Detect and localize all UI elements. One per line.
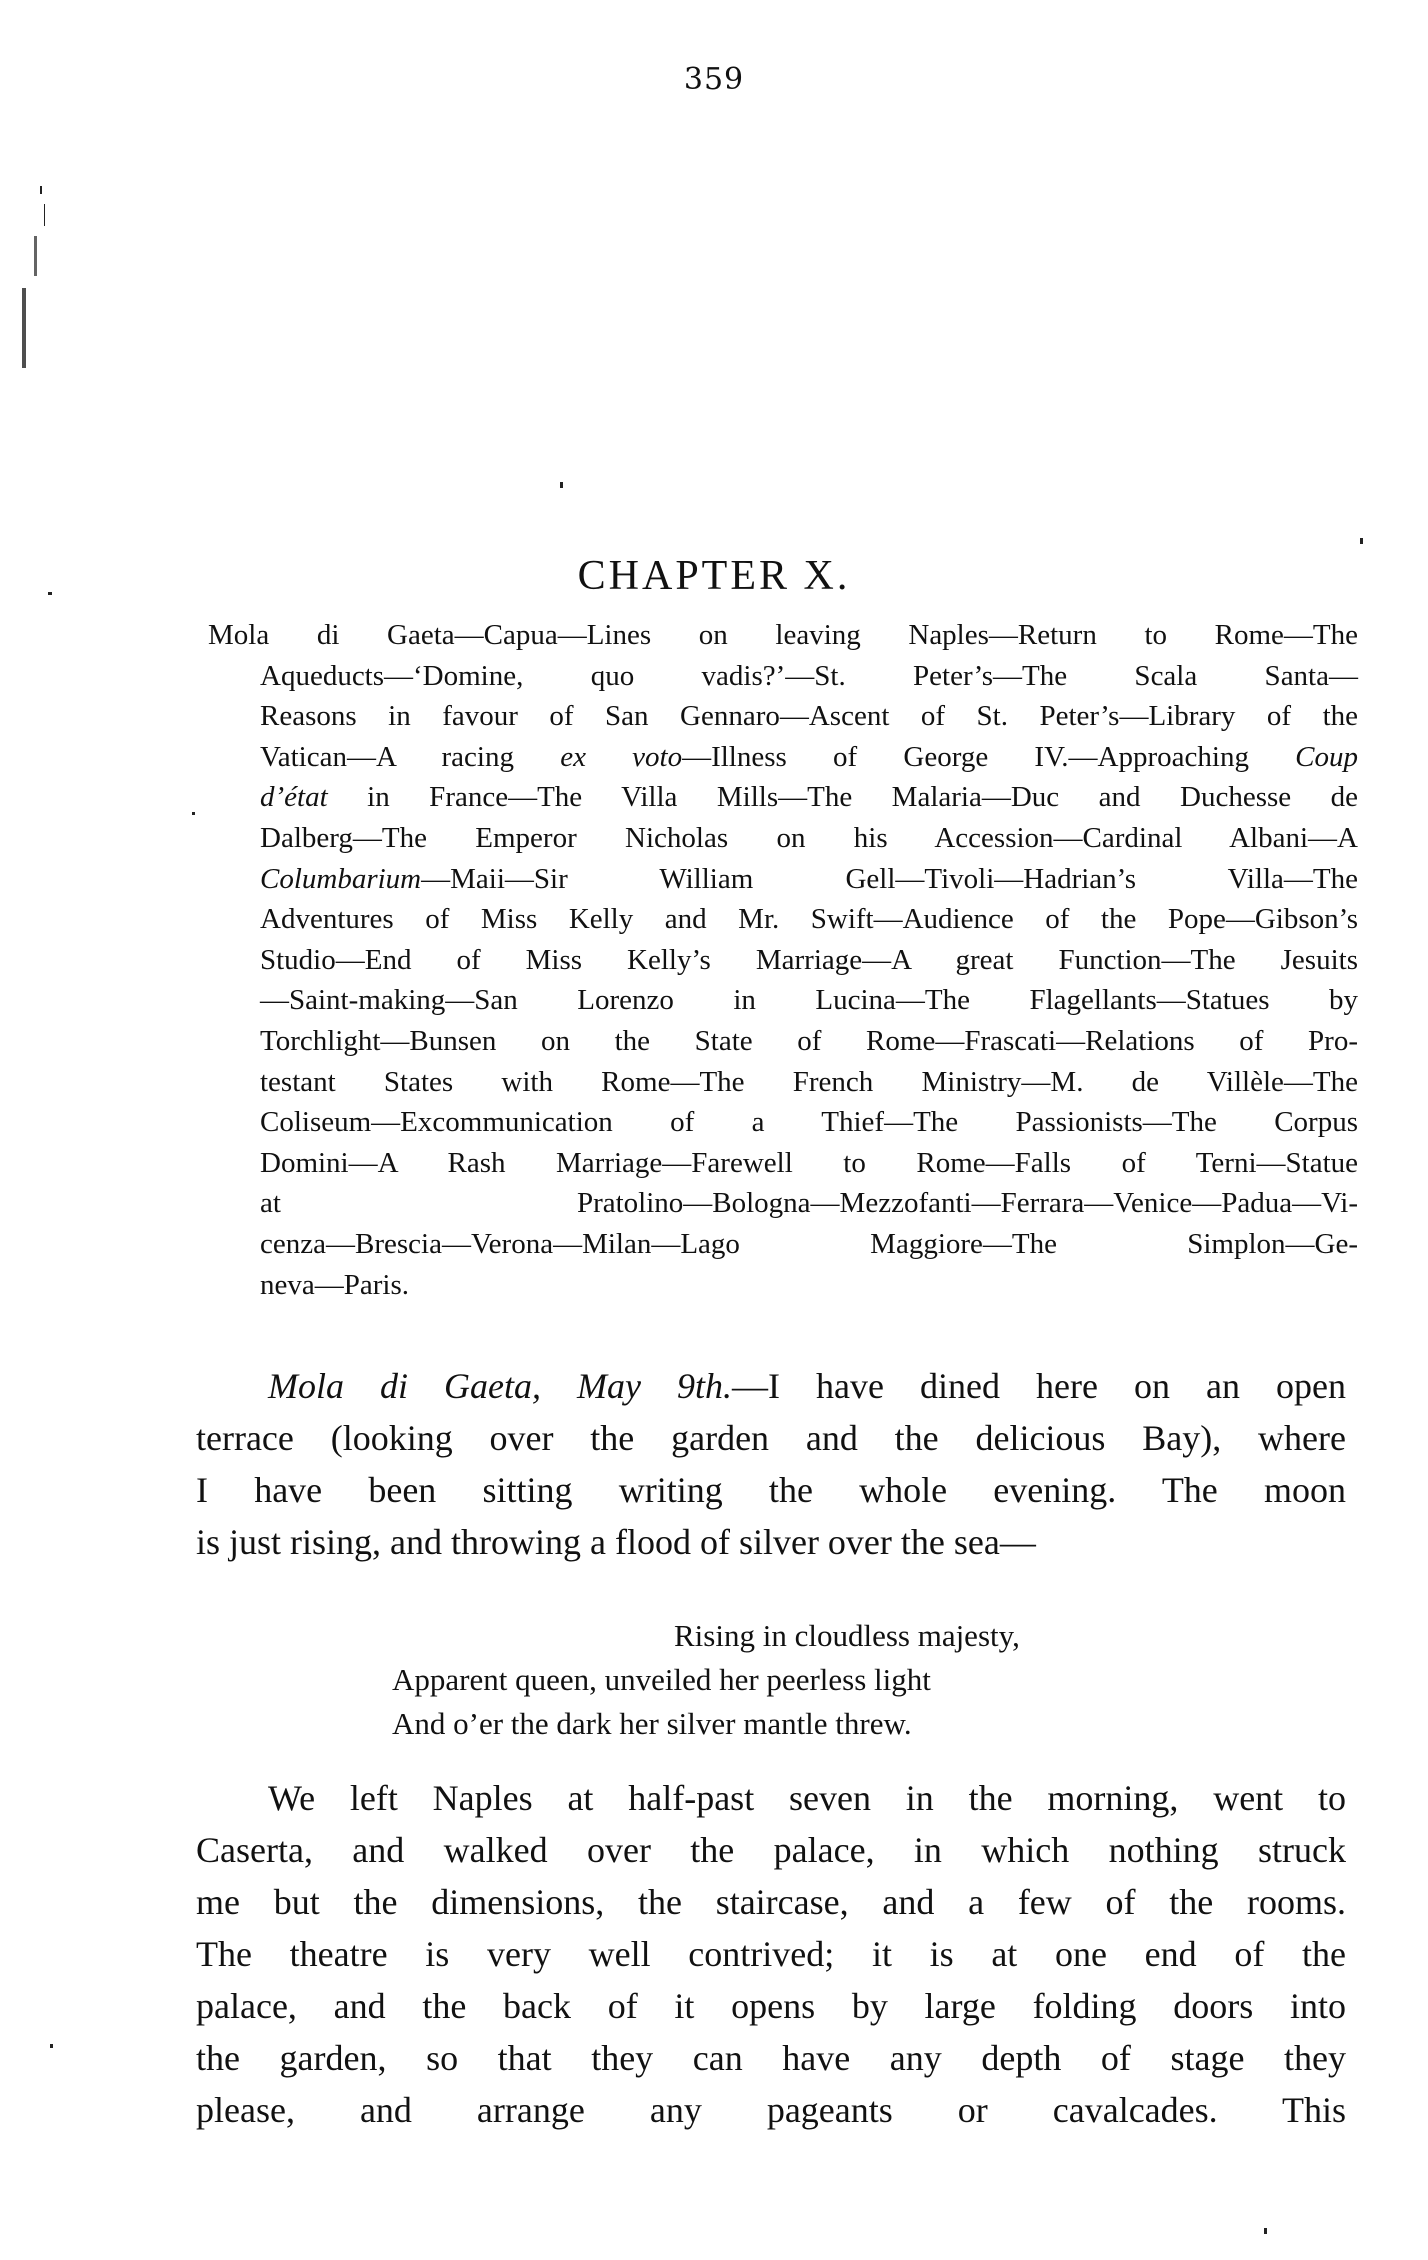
paragraph-line: Caserta, and walked over the palace, in … bbox=[196, 1824, 1346, 1876]
paragraph-line: the garden, so that they can have any de… bbox=[196, 2032, 1346, 2084]
summary-line: Domini—A Rash Marriage—Farewell to Rome—… bbox=[260, 1143, 1358, 1184]
page-number: 359 bbox=[0, 62, 1428, 97]
paragraph-2: We left Naples at half-past seven in the… bbox=[196, 1772, 1346, 2136]
paragraph-line: I have been sitting writing the whole ev… bbox=[196, 1464, 1346, 1516]
summary-line: Columbarium—Maii—Sir William Gell—Tivoli… bbox=[260, 859, 1358, 900]
summary-line: d’état in France—The Villa Mills—The Mal… bbox=[260, 777, 1358, 818]
summary-text: Vatican—A racing bbox=[260, 741, 560, 773]
paragraph-line: please, and arrange any pageants or cava… bbox=[196, 2084, 1346, 2136]
poem-line: Apparent queen, unveiled her peerless li… bbox=[392, 1658, 1192, 1702]
summary-line: Mola di Gaeta—Capua—Lines on leaving Nap… bbox=[208, 615, 1358, 656]
paragraph-line: is just rising, and throwing a flood of … bbox=[196, 1516, 1346, 1568]
summary-line: neva—Paris. bbox=[260, 1265, 1358, 1306]
paragraph-line: terrace (looking over the garden and the… bbox=[196, 1412, 1346, 1464]
summary-text: in France—The Villa Mills—The Malaria—Du… bbox=[328, 781, 1358, 813]
poem-line: And o’er the dark her silver mantle thre… bbox=[392, 1702, 1192, 1746]
summary-line: cenza—Brescia—Verona—Milan—Lago Maggiore… bbox=[260, 1224, 1358, 1265]
paragraph-line: me but the dimensions, the staircase, an… bbox=[196, 1876, 1346, 1928]
paragraph-line: The theatre is very well contrived; it i… bbox=[196, 1928, 1346, 1980]
summary-italic: d’état bbox=[260, 781, 328, 813]
summary-line: Reasons in favour of San Gennaro—Ascent … bbox=[260, 696, 1358, 737]
summary-line: Coliseum—Excommunication of a Thief—The … bbox=[260, 1102, 1358, 1143]
paragraph-text: —I have dined here on an open bbox=[732, 1366, 1346, 1406]
poem-quote: Rising in cloudless majesty, Apparent qu… bbox=[392, 1614, 1192, 1746]
summary-text: —Illness of George IV.—Approaching bbox=[682, 741, 1295, 773]
summary-line: Adventures of Miss Kelly and Mr. Swift—A… bbox=[260, 899, 1358, 940]
chapter-summary: Mola di Gaeta—Capua—Lines on leaving Nap… bbox=[208, 615, 1358, 1305]
summary-line: Torchlight—Bunsen on the State of Rome—F… bbox=[260, 1021, 1358, 1062]
paragraph-line: Mola di Gaeta, May 9th.—I have dined her… bbox=[268, 1360, 1346, 1412]
summary-italic: Coup bbox=[1295, 741, 1358, 773]
paragraph-line: palace, and the back of it opens by larg… bbox=[196, 1980, 1346, 2032]
poem-line: Rising in cloudless majesty, bbox=[674, 1614, 1192, 1658]
chapter-title: CHAPTER X. bbox=[0, 552, 1428, 600]
dateline: Mola di Gaeta, May 9th. bbox=[268, 1366, 732, 1406]
summary-line: testant States with Rome—The French Mini… bbox=[260, 1062, 1358, 1103]
paragraph-1: Mola di Gaeta, May 9th.—I have dined her… bbox=[196, 1360, 1346, 1568]
summary-line: Studio—End of Miss Kelly’s Marriage—A gr… bbox=[260, 940, 1358, 981]
summary-italic: ex voto bbox=[560, 741, 682, 773]
summary-line: —Saint-making—San Lorenzo in Lucina—The … bbox=[260, 980, 1358, 1021]
summary-text: —Maii—Sir William Gell—Tivoli—Hadrian’s … bbox=[421, 863, 1358, 895]
paragraph-line: We left Naples at half-past seven in the… bbox=[268, 1772, 1346, 1824]
summary-line: Aqueducts—‘Domine, quo vadis?’—St. Peter… bbox=[260, 656, 1358, 697]
summary-line: at Pratolino—Bologna—Mezzofanti—Ferrara—… bbox=[260, 1183, 1358, 1224]
summary-line: Vatican—A racing ex voto—Illness of Geor… bbox=[260, 737, 1358, 778]
summary-line: Dalberg—The Emperor Nicholas on his Acce… bbox=[260, 818, 1358, 859]
summary-italic: Columbarium bbox=[260, 863, 421, 895]
